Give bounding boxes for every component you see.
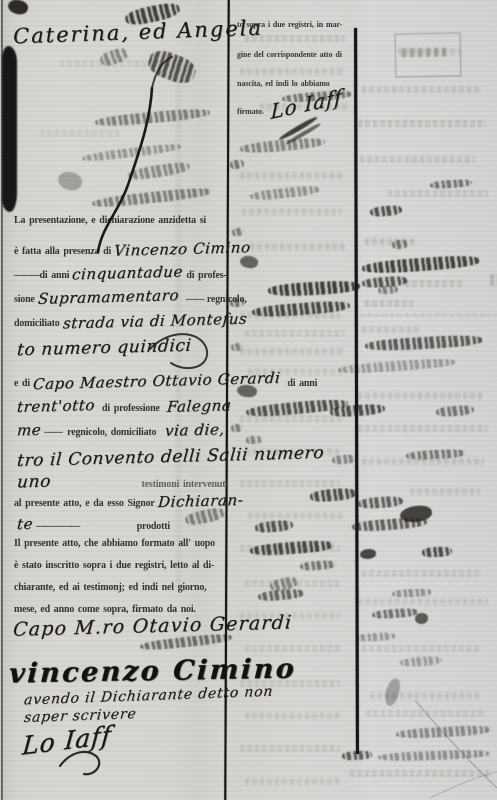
ghost-text-row: [410, 488, 480, 495]
ghost-text-row: [388, 190, 488, 197]
ink-smudge: [396, 724, 492, 739]
handwritten-entry: tro il Convento delli Salii numero: [16, 443, 325, 471]
ghost-text-row: [358, 392, 483, 399]
ghost-text-row: [366, 710, 486, 717]
printed-text: testimoni intervenuti: [142, 479, 228, 490]
scanned-registry-page: Caterina, ed Angela to sopra i due regis…: [0, 0, 497, 800]
officer-paraph-signature-bottom: Lo Iaff: [21, 720, 113, 760]
act-line-15: è stato inscritto sopra i due registri, …: [14, 560, 228, 582]
ink-smudge: [378, 749, 490, 762]
ghost-stamp-box: [395, 32, 462, 77]
ink-smudge: [231, 227, 244, 237]
ink-smudge: [372, 607, 419, 619]
column-rule-right: [354, 28, 358, 754]
ink-smudge: [422, 546, 452, 558]
ink-smudge: [56, 169, 84, 194]
ink-smudge: [430, 179, 472, 190]
ghost-text-row: [240, 68, 345, 75]
printed-text: La presentazione, e dichiarazione anzide…: [14, 215, 206, 226]
handwritten-entry: via die,: [164, 420, 225, 440]
ink-smudge: [332, 454, 357, 465]
ghost-text-row: [245, 645, 340, 652]
ink-smudge: [392, 239, 409, 249]
continuation-line-2: gine del corrispondente atto di: [237, 50, 353, 64]
ghost-text-row: [240, 745, 340, 752]
printed-text: mese, ed anno come sopra, firmato da noi…: [14, 604, 196, 615]
ghost-text-row: [358, 598, 488, 605]
handwritten-entry: Vincenzo Cimino: [113, 238, 251, 260]
ink-smudge: [300, 560, 337, 571]
ghost-text-row: [245, 778, 340, 785]
ink-smudge: [436, 405, 475, 418]
handwritten-entry: trent'otto: [16, 396, 95, 416]
ink-smudge: [82, 142, 182, 163]
ink-smudge: [95, 107, 211, 128]
binding-shadow-blob: [2, 46, 17, 212]
ink-smudge: [370, 205, 403, 218]
printed-text: ——: [44, 427, 61, 438]
ink-smudge: [310, 487, 357, 503]
act-line-11: unotestimoni intervenuti: [14, 472, 228, 494]
act-line-4: sioneSupramamentaro——regnicolo,: [14, 288, 228, 310]
ink-smudge: [268, 280, 361, 298]
handwritten-entry: cinquantadue: [72, 263, 184, 284]
ink-smudge: [231, 423, 244, 432]
act-line-1: La presentazione, e dichiarazione anzide…: [14, 215, 228, 237]
ink-smudge: [392, 588, 432, 598]
ink-smudge: [7, 0, 30, 16]
act-line-16: chiarante, ed ai testimonj; ed indi nel …: [14, 582, 228, 604]
printed-text: Il presente atto, che abbiamo formato al…: [14, 538, 215, 549]
continuation-line-1: to sopra i due registri, in mar-: [237, 20, 353, 34]
ink-smudge: [239, 255, 259, 270]
ink-smudge: [400, 656, 443, 668]
ink-smudge: [240, 136, 326, 154]
ink-smudge: [246, 435, 263, 444]
ink-smudge: [250, 184, 321, 201]
handwritten-entry: Falegna: [166, 396, 232, 416]
ghost-text-row: [358, 425, 488, 432]
ghost-text-row: [250, 243, 345, 250]
act-line-3: ———di annicinquantaduedi profes-: [14, 264, 228, 286]
printed-text: regnicolo, domiciliato: [67, 427, 156, 438]
ink-smudge: [365, 334, 483, 352]
act-line-7: e diCapo Maestro Ottavio Gerardidi anni: [14, 372, 228, 394]
act-line-12: al presente atto, e da esso SignorDichia…: [14, 492, 228, 514]
margin-annotation-names: Caterina, ed Angela: [13, 16, 264, 49]
ghost-text-row: [360, 156, 475, 163]
printed-text: ———: [14, 270, 40, 281]
ghost-text-row: [242, 208, 342, 215]
printed-text: è fatta alla presenza di: [14, 246, 111, 257]
ghost-text-row: [405, 280, 463, 287]
ghost-text-row: [245, 330, 345, 337]
handwritten-entry: to numero quindici: [16, 336, 192, 361]
ghost-text-row: [362, 570, 482, 577]
ghost-text-row: [365, 300, 413, 307]
ink-smudge: [255, 519, 294, 533]
printed-text: regnicolo,: [207, 294, 247, 305]
ghost-text-row: [40, 130, 120, 137]
handwritten-entry: me: [16, 421, 42, 440]
printed-text: è stato inscritto sopra i due registri, …: [14, 560, 214, 571]
act-line-13: te—————prodotti: [14, 515, 228, 537]
ghost-text-row: [240, 172, 345, 179]
ink-smudge: [145, 47, 199, 88]
printed-text: sione: [14, 294, 35, 305]
printed-text: domiciliato: [14, 318, 60, 329]
printed-text: di profes-: [186, 270, 226, 281]
ghost-text-row: [362, 86, 482, 93]
handwritten-entry: te: [16, 515, 34, 533]
ink-smudge: [358, 495, 404, 509]
handwritten-entry: strada via di Montefus: [62, 310, 248, 333]
ghost-text-row: [240, 348, 345, 355]
ink-smudge: [360, 548, 377, 559]
ghost-text-row: [245, 712, 340, 719]
printed-text: di professione: [102, 403, 160, 414]
act-line-2: è fatta alla presenza diVincenzo Cimino: [14, 240, 228, 262]
handwritten-entry: Dichiaran-: [157, 491, 244, 511]
ink-smudge: [258, 588, 305, 602]
ink-smudge: [127, 160, 190, 182]
ink-smudge: [362, 254, 481, 275]
printed-text: —————: [36, 521, 79, 532]
handwritten-entry: Supramamentaro: [37, 286, 180, 308]
ink-smudge: [250, 539, 335, 557]
ink-smudge: [229, 159, 244, 170]
act-line-8: trent'ottodi professioneFalegna: [14, 397, 228, 419]
printed-text: di anni: [287, 378, 317, 389]
ink-smudge: [352, 516, 428, 532]
printed-text: di anni: [40, 270, 70, 281]
ghost-text-row: [362, 645, 480, 652]
ink-smudge: [415, 613, 428, 624]
ghost-text-row: [248, 512, 343, 519]
ghost-text-row: [360, 314, 497, 316]
act-line-9: me——regnicolo, domiciliatovia die,: [14, 421, 228, 443]
ink-smudge: [356, 632, 396, 642]
ink-smudge: [92, 186, 212, 209]
printed-text: chiarante, ed ai testimonj; ed indi nel …: [14, 582, 206, 593]
ghost-text-row: [362, 326, 422, 333]
handwritten-note-line-2: saper scrivere: [23, 706, 137, 726]
act-line-14: Il presente atto, che abbiamo formato al…: [14, 538, 228, 560]
ghost-text-row: [240, 480, 340, 487]
printed-text: e di: [14, 378, 30, 389]
printed-text: al presente atto, e da esso Signor: [14, 498, 155, 509]
act-line-5: domiciliatostrada via di Montefus: [14, 312, 228, 334]
ghost-text-row: [350, 770, 490, 777]
ghost-text-row: [240, 415, 345, 422]
ghost-text-row: [490, 274, 497, 286]
ghost-text-row: [358, 120, 486, 127]
printed-text: prodotti: [137, 521, 170, 532]
ink-smudge: [378, 285, 399, 294]
printed-text: ——: [186, 294, 203, 305]
act-line-10: tro il Convento delli Salii numero: [14, 447, 228, 469]
handwritten-entry: uno: [16, 472, 52, 493]
act-line-6: to numero quindici: [14, 338, 228, 360]
